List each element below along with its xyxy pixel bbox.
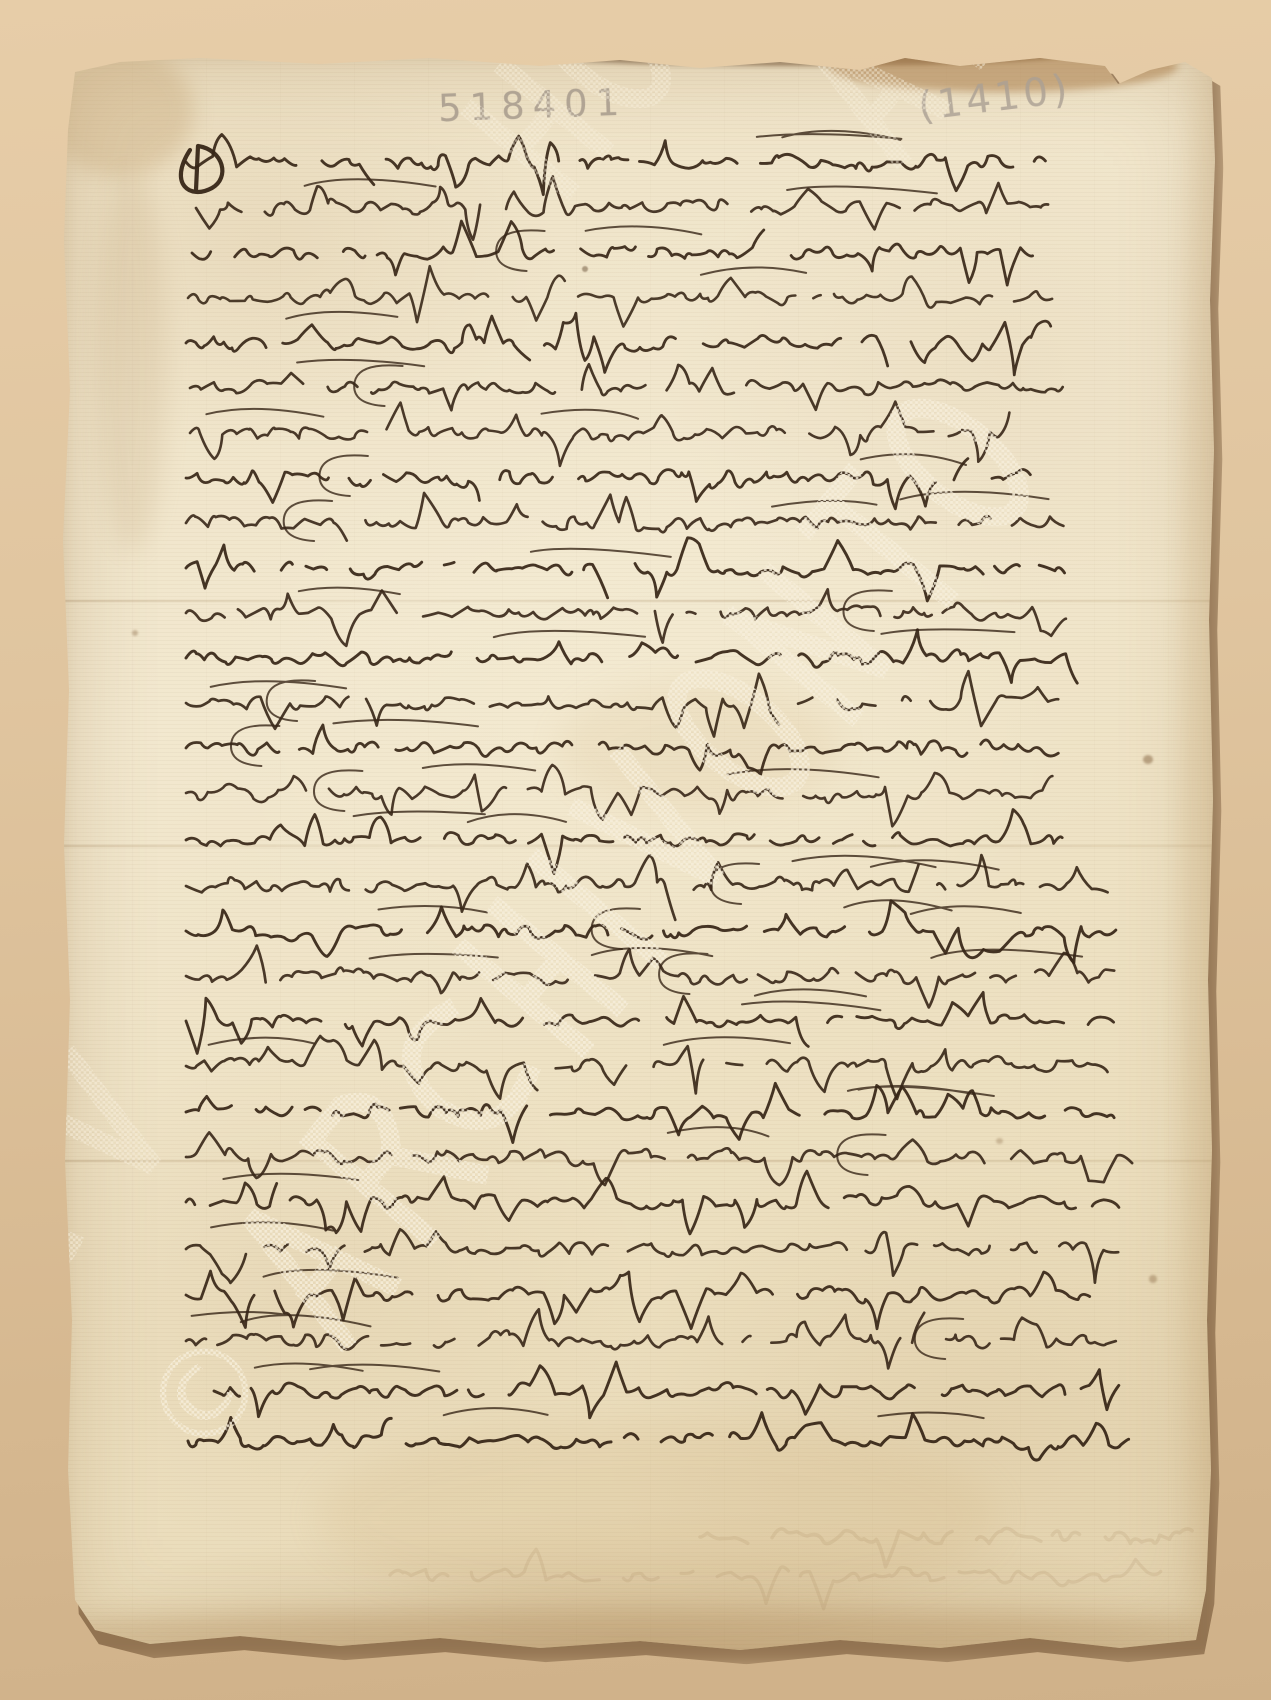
script-flourish — [264, 1270, 398, 1278]
script-line — [186, 1309, 1116, 1368]
script-line — [186, 313, 1073, 375]
script-flourish — [701, 267, 806, 274]
copyright-icon: © — [112, 1302, 299, 1486]
script-flourish — [379, 900, 1021, 949]
script-flourish — [299, 588, 892, 631]
script-flourish — [370, 948, 1083, 994]
script-flourish — [757, 131, 902, 140]
watermark-glyph — [878, 388, 1038, 537]
script-flourish — [284, 492, 1049, 541]
script-flourish — [192, 1312, 964, 1359]
script-line — [186, 1132, 1132, 1185]
script-line — [186, 1229, 1133, 1283]
stain — [528, 44, 1068, 66]
script-line — [196, 176, 1048, 239]
script-line — [214, 1362, 1119, 1418]
script-line — [186, 765, 1052, 826]
pencil-archive-number: 518401 — [437, 81, 628, 131]
watermark-glyph — [23, 1051, 175, 1192]
stain — [132, 630, 138, 636]
stain — [558, 682, 838, 812]
stain — [44, 46, 194, 176]
script-line — [186, 1036, 1108, 1099]
script-flourish — [668, 1127, 886, 1175]
script-line — [186, 992, 1114, 1053]
script-flourish — [209, 1037, 790, 1045]
script-line — [186, 1171, 1119, 1234]
script-flourish — [314, 764, 879, 811]
script-flourish — [297, 360, 424, 406]
watermark-glyphs — [227, 387, 1038, 1339]
initial-letter — [181, 146, 222, 192]
script-flourish — [206, 409, 638, 419]
script-flourish — [211, 680, 346, 721]
script-flourish — [211, 1222, 333, 1230]
watermark-glyph — [658, 658, 818, 807]
script-line — [186, 855, 1108, 920]
script-flourish — [255, 1363, 439, 1371]
script-flourish — [319, 454, 966, 496]
script-line — [190, 402, 1009, 466]
watermark-text-row: © — [108, 387, 1039, 1487]
script-line — [186, 538, 1065, 601]
stain — [96, 172, 168, 552]
watermark-glyph — [877, 0, 986, 63]
paper-mottling — [58, 52, 1218, 1652]
script-line — [186, 1271, 1109, 1329]
stain — [1143, 755, 1153, 764]
script-flourish — [444, 1408, 984, 1418]
watermark-glyph — [580, 757, 739, 904]
ink-bleedthrough-line — [390, 1549, 1161, 1609]
watermark-glyph — [0, 1210, 47, 1348]
script-line — [188, 266, 1052, 326]
fold-crease — [58, 1160, 1218, 1162]
watermark-glyph — [465, 910, 616, 1046]
script-line — [186, 493, 1063, 541]
script-line — [186, 671, 1058, 736]
script-line — [186, 901, 1116, 963]
watermark-glyph — [0, 1166, 79, 1296]
script-line — [186, 946, 1137, 1008]
watermark-glyph — [809, 476, 967, 622]
watermark-fragment-row — [0, 1051, 175, 1347]
script-line — [186, 1083, 1114, 1142]
script-line — [190, 364, 1063, 410]
paper-texture — [58, 52, 1218, 1652]
watermark-glyph — [312, 1079, 479, 1236]
script-flourish — [496, 226, 701, 271]
script-flourish — [286, 312, 397, 319]
handwriting-layer — [0, 0, 1271, 1700]
watermark-layer: © — [0, 0, 1271, 1700]
watermark-glyph — [227, 1189, 389, 1339]
script-line — [186, 135, 1045, 195]
fold-crease — [58, 600, 1218, 602]
script-flourish — [848, 1086, 994, 1096]
manuscript-page: 518401 (1410) © — [58, 52, 1218, 1652]
watermark-glyph — [538, 861, 655, 955]
stain — [318, 1422, 998, 1612]
script-flourish — [354, 812, 566, 823]
script-flourish — [231, 720, 478, 766]
script-flourish — [223, 1174, 359, 1180]
script-flourish — [742, 989, 880, 1010]
script-line — [192, 221, 1046, 285]
script-line — [186, 725, 1058, 774]
script-line — [186, 589, 1066, 646]
script-flourish — [531, 549, 671, 557]
script-line — [186, 810, 1084, 874]
ink-bleedthrough-line — [700, 1528, 1192, 1566]
watermark-glyph — [734, 575, 886, 713]
script-line — [186, 459, 1053, 509]
script-line — [188, 1413, 1129, 1460]
stain — [996, 1138, 1003, 1144]
script-flourish — [711, 856, 999, 904]
manuscript-scan: 518401 (1410) © — [0, 0, 1271, 1700]
stain — [1149, 1275, 1157, 1283]
fold-crease — [58, 845, 1218, 847]
paper-edge-vignette — [58, 52, 1218, 1652]
stain — [582, 266, 588, 272]
script-line — [186, 630, 1077, 683]
script-flourish — [494, 629, 1015, 637]
script-flourish — [305, 179, 937, 193]
pencil-year-annotation: (1410) — [916, 67, 1074, 130]
watermark-glyph — [391, 1005, 533, 1142]
